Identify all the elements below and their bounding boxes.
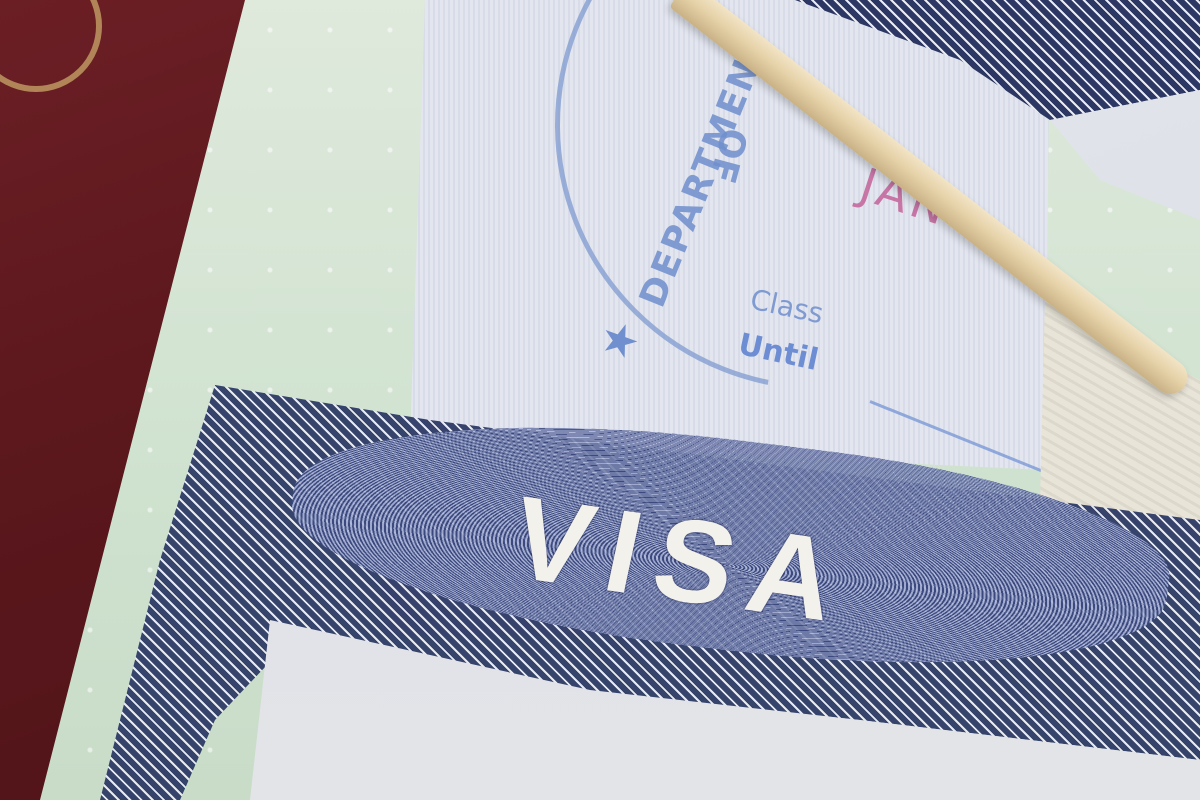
passport-photo: DEPARTMENT OF ★ Class Until JAN VISA — [0, 0, 1200, 800]
cover-emblem — [0, 0, 102, 92]
